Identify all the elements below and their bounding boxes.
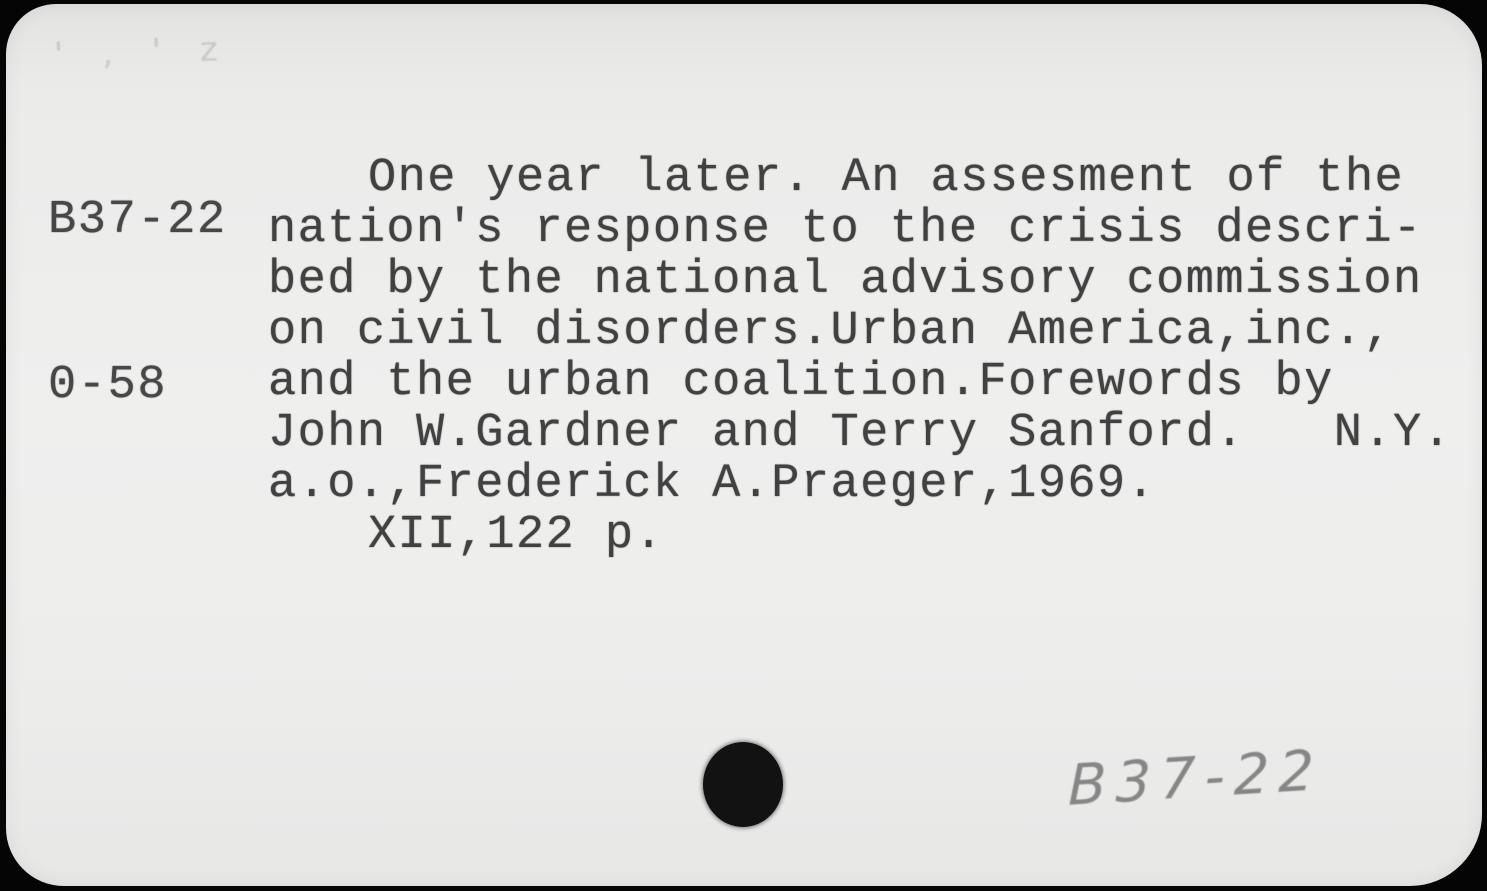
entry-line: a.o.,Frederick A.Praeger,1969. xyxy=(268,459,1452,510)
bibliographic-entry: One year later. An assesment of the nati… xyxy=(268,153,1452,561)
entry-line: nation's response to the crisis descri- xyxy=(268,204,1452,255)
entry-line: XII,122 p. xyxy=(268,510,1452,561)
entry-line: on civil disorders.Urban America,inc., xyxy=(268,306,1452,357)
call-number-line-1: B37-22 xyxy=(48,193,227,248)
catalog-card: ' , ' z B37-22 0-58 One year later. An a… xyxy=(6,4,1482,886)
entry-line: and the urban coalition.Forewords by xyxy=(268,357,1452,408)
call-number-line-2: 0-58 xyxy=(48,358,227,413)
entry-line: One year later. An assesment of the xyxy=(268,153,1452,204)
punch-hole-dot xyxy=(703,742,783,827)
scan-backdrop: ' , ' z B37-22 0-58 One year later. An a… xyxy=(0,0,1487,891)
faint-pencil-marks: ' , ' z xyxy=(53,29,232,75)
call-number-block: B37-22 0-58 xyxy=(48,83,227,523)
entry-line: John W.Gardner and Terry Sanford. N.Y. xyxy=(268,408,1452,459)
handwritten-call-number: B37-22 xyxy=(1068,738,1323,819)
entry-line: bed by the national advisory commission xyxy=(268,255,1452,306)
